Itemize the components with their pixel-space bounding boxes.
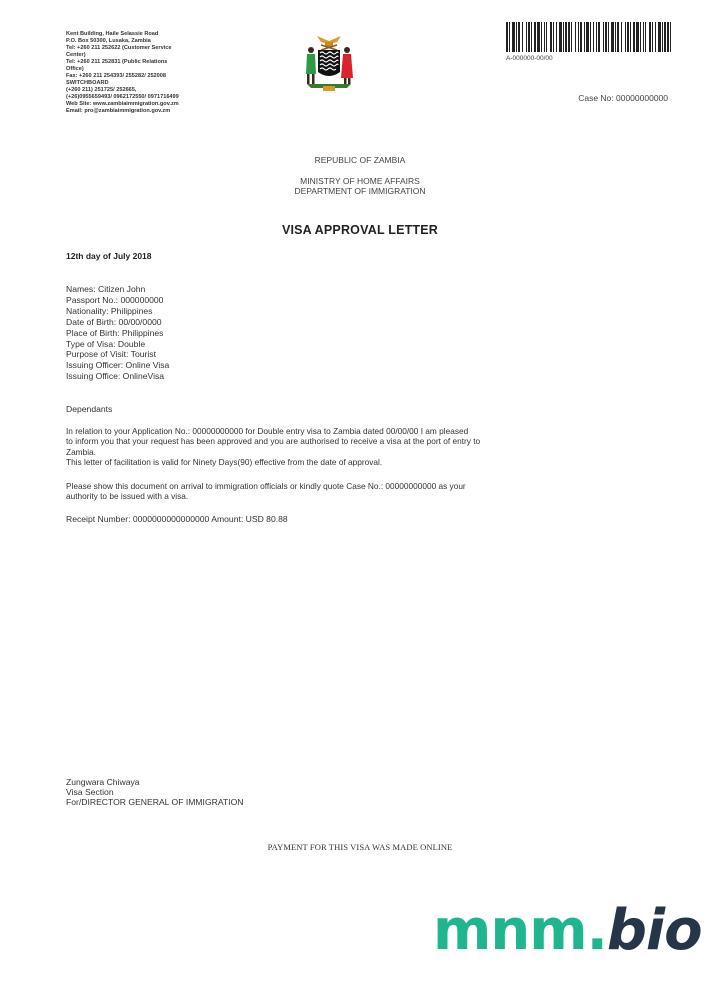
letter-title: VISA APPROVAL LETTER: [0, 223, 720, 237]
watermark-part1: mnm.: [433, 898, 607, 963]
dependants-label: Dependants: [66, 404, 112, 414]
receipt-info: Receipt Number: 0000000000000000 Amount:…: [66, 514, 288, 524]
detail-name: Names: Citizen John: [66, 284, 169, 295]
ministry-name: MINISTRY OF HOME AFFAIRS: [0, 176, 720, 186]
contact-line: Kent Building, Haile Selassie Road: [66, 31, 236, 38]
paragraph-line: authority to be issued with a visa.: [66, 491, 566, 501]
paragraph-line: In relation to your Application No.: 000…: [66, 426, 566, 436]
payment-note: PAYMENT FOR THIS VISA WAS MADE ONLINE: [0, 842, 720, 852]
approval-paragraph: In relation to your Application No.: 000…: [66, 426, 566, 467]
contact-line: Center): [66, 52, 236, 59]
instruction-paragraph: Please show this document on arrival to …: [66, 481, 566, 502]
detail-nationality: Nationality: Philippines: [66, 306, 169, 317]
ministry-heading: MINISTRY OF HOME AFFAIRS DEPARTMENT OF I…: [0, 176, 720, 196]
republic-heading: REPUBLIC OF ZAMBIA: [0, 155, 720, 165]
paragraph-line: This letter of facilitation is valid for…: [66, 457, 566, 467]
contact-line: Tel: +260 211 252622 (Customer Service: [66, 45, 236, 52]
detail-visa-type: Type of Visa: Double: [66, 339, 169, 350]
signatory-section: Visa Section: [66, 787, 243, 797]
detail-passport: Passport No.: 000000000: [66, 295, 169, 306]
contact-line: Office): [66, 66, 236, 73]
detail-purpose: Purpose of Visit: Tourist: [66, 349, 169, 360]
contact-line: Fax: +260 211 254393/ 255282/ 252008: [66, 73, 236, 80]
detail-pob: Place of Birth: Philippines: [66, 328, 169, 339]
contact-line: Web Site: www.zambiaimmigration.gov.zm: [66, 101, 236, 108]
contact-line: SWITCHBOARD: [66, 80, 236, 87]
contact-block: Kent Building, Haile Selassie Road P.O. …: [66, 31, 236, 115]
watermark-part2: bio: [607, 898, 702, 963]
barcode-number: A-000000-00/00: [506, 55, 553, 62]
detail-issuing-office: Issuing Office: OnlineVisa: [66, 371, 169, 382]
signature-block: Zungwara Chiwaya Visa Section For/DIRECT…: [66, 777, 243, 808]
barcode: [506, 22, 672, 52]
case-number: Case No: 00000000000: [578, 93, 668, 103]
department-name: DEPARTMENT OF IMMIGRATION: [0, 186, 720, 196]
contact-line: P.O. Box 50300, Lusaka, Zambia: [66, 38, 236, 45]
detail-dob: Date of Birth: 00/00/0000: [66, 317, 169, 328]
contact-line: Tel: +260 211 252831 (Public Relations: [66, 59, 236, 66]
paragraph-line: to inform you that your request has been…: [66, 436, 566, 446]
paragraph-line: Zambia.: [66, 447, 566, 457]
signatory-name: Zungwara Chiwaya: [66, 777, 243, 787]
signatory-title: For/DIRECTOR GENERAL OF IMMIGRATION: [66, 797, 243, 807]
detail-issuing-officer: Issuing Officer: Online Visa: [66, 360, 169, 371]
zambia-coat-of-arms-icon: [303, 28, 355, 94]
mnm-bio-watermark: mnm.bio: [433, 896, 702, 966]
applicant-details: Names: Citizen John Passport No.: 000000…: [66, 284, 169, 382]
letter-date: 12th day of July 2018: [66, 251, 152, 261]
contact-line: Email: pro@zambiaimmigration.gov.zm: [66, 108, 236, 115]
contact-line: (+26)0955659493/ 0962172550/ 0971716499: [66, 94, 236, 101]
paragraph-line: Please show this document on arrival to …: [66, 481, 566, 491]
contact-line: (+260 211) 251725/ 252665,: [66, 87, 236, 94]
